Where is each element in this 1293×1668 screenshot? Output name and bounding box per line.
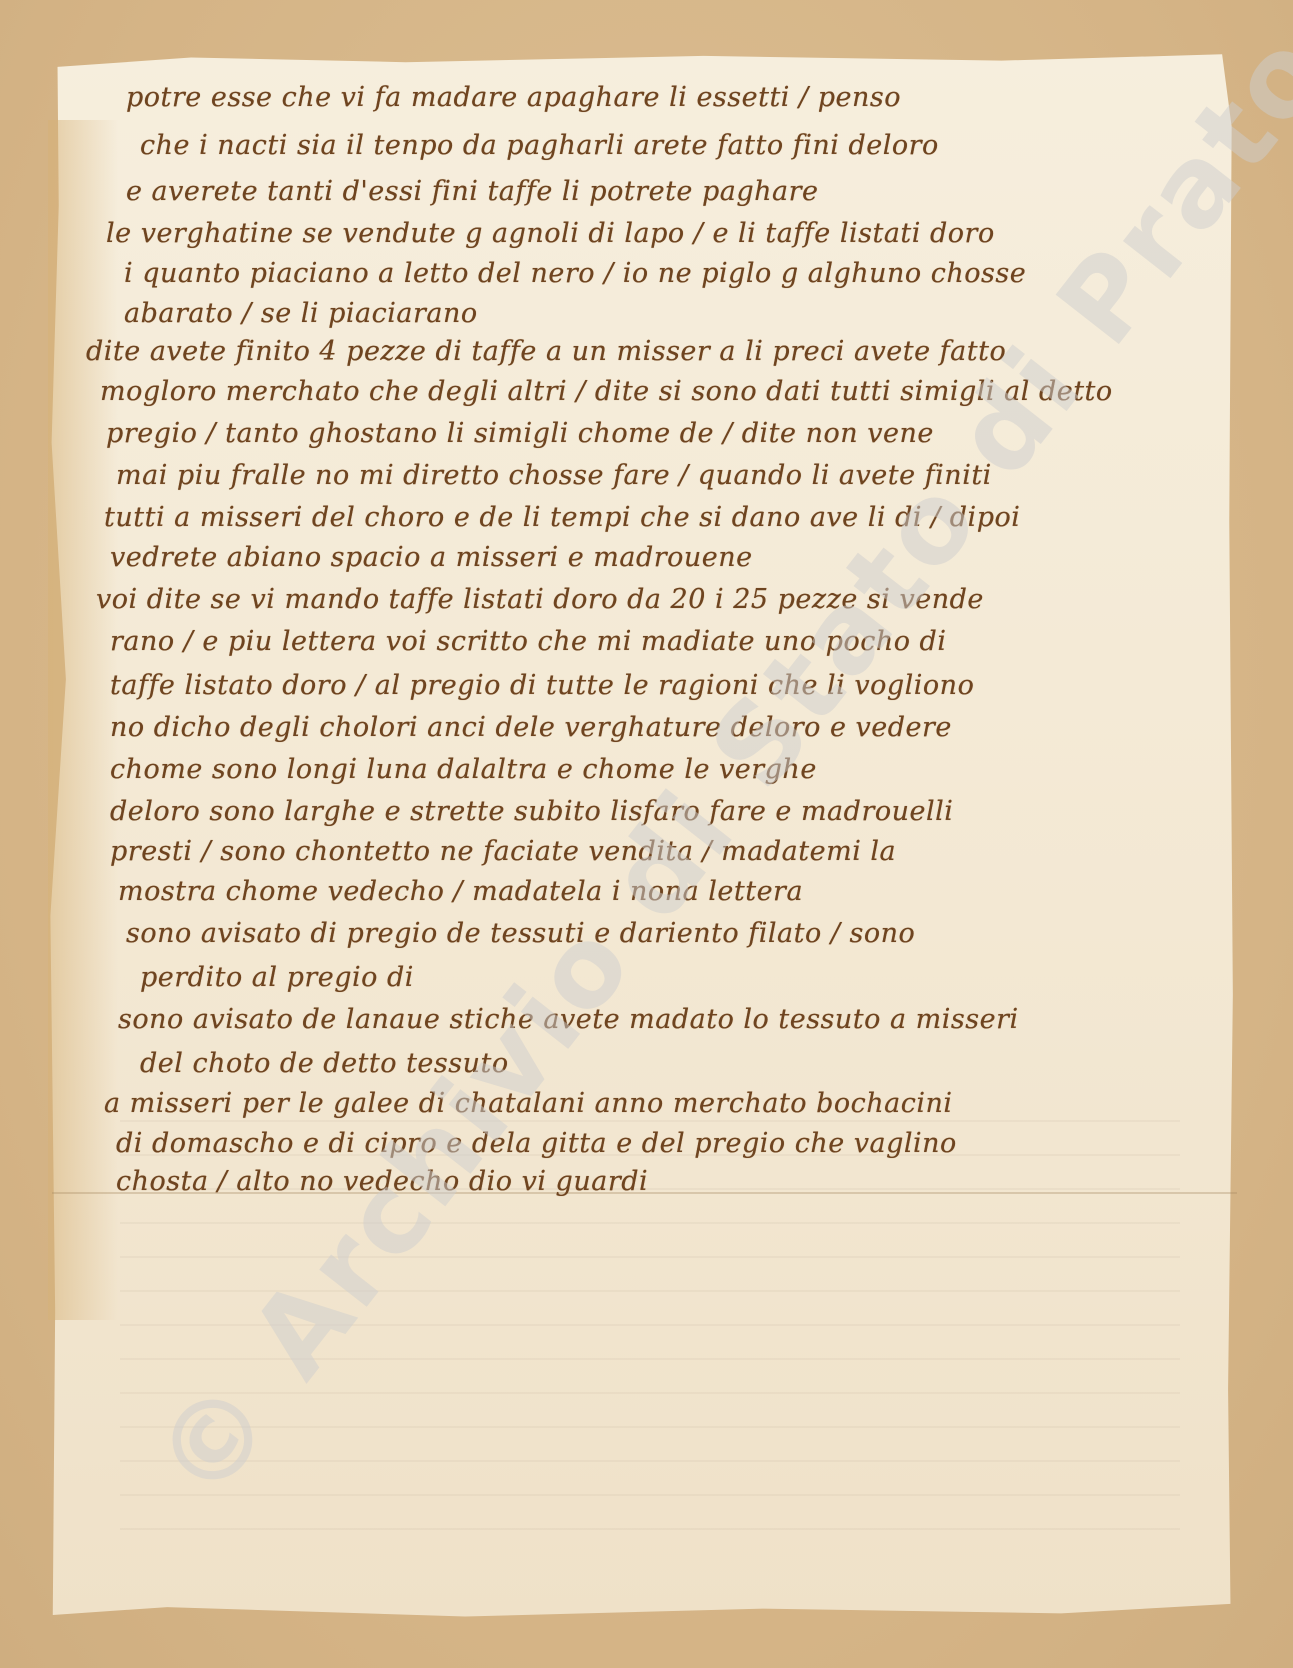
- text-line: mostra chome vedecho / madatela i nona l…: [118, 876, 803, 907]
- text-line: sono avisato di pregio de tessuti e dari…: [126, 918, 915, 949]
- text-line: potre esse che vi fa madare apaghare li …: [126, 82, 901, 113]
- text-line: a misseri per le galee di chatalani anno…: [104, 1088, 953, 1119]
- text-line: no dicho degli cholori anci dele verghat…: [110, 712, 952, 743]
- text-line: vedrete abiano spacio a misseri e madrou…: [110, 542, 753, 573]
- text-line: del choto de detto tessuto: [140, 1048, 509, 1079]
- text-line: mogloro merchato che degli altri / dite …: [100, 376, 1113, 407]
- text-line: pregio / tanto ghostano li simigli chome…: [106, 418, 934, 449]
- text-line: di domascho e di cipro e dela gitta e de…: [116, 1128, 957, 1159]
- text-line: che i nacti sia il tenpo da pagharli are…: [140, 130, 939, 161]
- text-line: deloro sono larghe e strette subito lisf…: [110, 796, 953, 827]
- text-line: rano / e piu lettera voi scritto che mi …: [110, 626, 946, 657]
- text-line: sono avisato de lanaue stiche avete mada…: [118, 1004, 1019, 1035]
- text-line: taffe listato doro / al pregio di tutte …: [110, 670, 974, 701]
- text-line: chome sono longi luna dalaltra e chome l…: [110, 754, 817, 785]
- text-line: i quanto piaciano a letto del nero / io …: [124, 258, 1026, 289]
- text-line: tutti a misseri del choro e de li tempi …: [104, 502, 1020, 533]
- manuscript-text: potre esse che vi fa madare apaghare li …: [0, 0, 1293, 1668]
- text-line: mai piu fralle no mi diretto chosse fare…: [116, 460, 992, 491]
- text-line: voi dite se vi mando taffe listati doro …: [96, 584, 984, 615]
- text-line: presti / sono chontetto ne faciate vendi…: [110, 836, 896, 867]
- text-line: dite avete finito 4 pezze di taffe a un …: [86, 336, 1006, 367]
- text-line: e averete tanti d'essi fini taffe li pot…: [126, 176, 819, 207]
- text-line: chosta / alto no vedecho dio vi guardi: [116, 1166, 648, 1197]
- text-line: le verghatine se vendute g agnoli di lap…: [106, 218, 995, 249]
- text-line: abarato / se li piaciarano: [124, 298, 478, 329]
- text-line: perdito al pregio di: [140, 962, 414, 993]
